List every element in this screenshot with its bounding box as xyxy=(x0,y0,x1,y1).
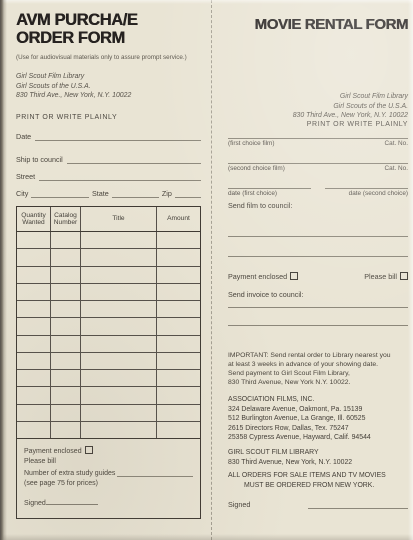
table-row xyxy=(17,284,200,301)
important-line: IMPORTANT: Send rental order to Library … xyxy=(228,351,410,360)
table-row xyxy=(17,318,200,335)
header-catalog-number: Catalog Number xyxy=(51,207,81,231)
header-amount: Amount xyxy=(157,207,200,231)
send-film-line-1[interactable] xyxy=(228,236,408,237)
table-cell[interactable] xyxy=(17,284,51,300)
table-row xyxy=(17,405,200,422)
city-input-line[interactable] xyxy=(31,189,89,198)
table-cell[interactable] xyxy=(17,249,51,265)
address-line: 830 Third Ave., New York, N.Y. 10022 xyxy=(16,91,131,101)
table-cell[interactable] xyxy=(157,370,200,386)
left-payment-section: Payment enclosed Please bill Number of e… xyxy=(17,438,200,518)
right-signed-input-line[interactable] xyxy=(308,501,408,509)
first-choice-input-line[interactable] xyxy=(228,130,408,139)
state-label: State xyxy=(92,189,109,198)
all-orders-line: ALL ORDERS FOR SALE ITEMS AND TV MOVIES xyxy=(228,471,410,481)
send-film-line-2[interactable] xyxy=(228,256,408,257)
header-quantity-wanted: Quantity Wanted xyxy=(17,207,51,231)
right-address-block: Girl Scout Film Library Girl Scouts of t… xyxy=(228,92,408,121)
left-form-subtitle: (Use for audiovisual materials only to a… xyxy=(16,54,208,61)
all-orders-line: MUST BE ORDERED FROM NEW YORK. xyxy=(228,481,410,491)
city-label: City xyxy=(16,189,28,198)
important-line: at least 3 weeks in advance of your show… xyxy=(228,360,410,369)
table-cell[interactable] xyxy=(81,353,157,369)
address-line: Girl Scout Film Library xyxy=(16,72,131,82)
ship-to-council-label: Ship to council xyxy=(16,155,63,164)
right-signed-row: Signed xyxy=(228,500,408,509)
left-print-plainly: PRINT OR WRITE PLAINLY xyxy=(16,114,117,121)
table-cell[interactable] xyxy=(51,405,81,421)
table-cell[interactable] xyxy=(17,422,51,438)
important-line: Send payment to Girl Scout Film Library, xyxy=(228,369,410,378)
table-cell[interactable] xyxy=(51,249,81,265)
payment-enclosed-label: Payment enclosed xyxy=(24,448,82,455)
date-second-input-line[interactable] xyxy=(325,180,408,189)
table-cell[interactable] xyxy=(157,422,200,438)
gs-library-line: GIRL SCOUT FILM LIBRARY xyxy=(228,448,410,458)
send-film-label: Send film to council: xyxy=(228,201,292,210)
table-row xyxy=(17,267,200,284)
table-cell[interactable] xyxy=(157,232,200,248)
send-invoice-line-1[interactable] xyxy=(228,307,408,308)
association-line: 512 Burlington Avenue, La Grange, Ill. 6… xyxy=(228,414,410,424)
right-please-bill-checkbox[interactable] xyxy=(400,272,408,280)
table-cell[interactable] xyxy=(51,387,81,403)
association-line: 324 Delaware Avenue, Oakmont, Pa. 15139 xyxy=(228,405,410,415)
table-cell[interactable] xyxy=(51,370,81,386)
date-first-input-line[interactable] xyxy=(228,180,311,189)
zip-input-line[interactable] xyxy=(175,189,201,198)
table-cell[interactable] xyxy=(51,301,81,317)
send-invoice-line-2[interactable] xyxy=(228,325,408,326)
table-cell[interactable] xyxy=(17,370,51,386)
send-invoice-label: Send invoice to council: xyxy=(228,290,304,299)
table-row xyxy=(17,249,200,266)
right-payment-enclosed: Payment enclosed xyxy=(228,272,298,281)
address-line: Girl Scout Film Library xyxy=(228,92,408,102)
table-cell[interactable] xyxy=(17,387,51,403)
association-line: 25358 Cypress Avenue, Hayward, Calif. 94… xyxy=(228,433,410,443)
association-line: ASSOCIATION FILMS, INC. xyxy=(228,395,410,405)
date-input-line[interactable] xyxy=(35,132,201,141)
street-input-line[interactable] xyxy=(39,172,201,181)
first-choice-caption: (first choice film) xyxy=(228,140,275,147)
table-row xyxy=(17,232,200,249)
order-table-header: Quantity Wanted Catalog Number Title Amo… xyxy=(17,207,200,232)
table-cell[interactable] xyxy=(51,232,81,248)
table-cell[interactable] xyxy=(157,267,200,283)
city-state-zip-row: City State Zip xyxy=(16,189,201,198)
table-cell[interactable] xyxy=(81,405,157,421)
zip-label: Zip xyxy=(162,189,172,198)
table-cell[interactable] xyxy=(81,267,157,283)
extra-guides-row: Number of extra study guides xyxy=(24,468,193,477)
table-row xyxy=(17,370,200,387)
table-cell[interactable] xyxy=(17,267,51,283)
left-signed-label: Signed xyxy=(24,500,46,507)
table-cell[interactable] xyxy=(157,387,200,403)
table-cell[interactable] xyxy=(157,249,200,265)
payment-enclosed-checkbox[interactable] xyxy=(85,446,93,454)
all-orders-note: ALL ORDERS FOR SALE ITEMS AND TV MOVIES … xyxy=(228,471,410,490)
extra-guides-label: Number of extra study guides xyxy=(24,470,115,477)
important-note: IMPORTANT: Send rental order to Library … xyxy=(228,351,410,387)
table-row xyxy=(17,353,200,370)
right-print-plainly: PRINT OR WRITE PLAINLY xyxy=(228,121,408,128)
table-row xyxy=(17,387,200,404)
dates-field: date (first choice) date (second choice) xyxy=(228,180,408,197)
left-signed-row: Signed xyxy=(24,497,98,507)
table-cell[interactable] xyxy=(157,318,200,334)
payment-enclosed-row: Payment enclosed xyxy=(24,446,193,455)
date-first-caption: date (first choice) xyxy=(228,190,277,197)
ship-to-council-input-line[interactable] xyxy=(67,155,201,164)
right-form-title: MOVIE RENTAL FORM xyxy=(228,16,408,34)
table-cell[interactable] xyxy=(51,336,81,352)
right-payment-row: Payment enclosed Please bill xyxy=(228,272,408,281)
address-line: Girl Scouts of the U.S.A. xyxy=(228,102,408,112)
first-choice-field: (first choice film) Cat. No. xyxy=(228,130,408,147)
date-second-caption: date (second choice) xyxy=(349,190,408,197)
table-cell[interactable] xyxy=(81,387,157,403)
table-cell[interactable] xyxy=(157,353,200,369)
table-cell[interactable] xyxy=(17,318,51,334)
table-row xyxy=(17,336,200,353)
table-cell[interactable] xyxy=(51,318,81,334)
table-cell[interactable] xyxy=(17,353,51,369)
table-cell[interactable] xyxy=(157,301,200,317)
table-cell[interactable] xyxy=(51,284,81,300)
gs-library-line: 830 Third Avenue, New York, N.Y. 10022 xyxy=(228,458,410,468)
table-cell[interactable] xyxy=(17,405,51,421)
table-cell[interactable] xyxy=(81,370,157,386)
date-label: Date xyxy=(16,132,31,141)
second-choice-input-line[interactable] xyxy=(228,155,408,164)
left-form-title: AVM PURCHA/E ORDER FORM xyxy=(16,12,137,47)
perforation-divider xyxy=(211,0,212,540)
right-please-bill: Please bill xyxy=(364,272,408,281)
order-table-body xyxy=(17,232,200,439)
order-table-box: Quantity Wanted Catalog Number Title Amo… xyxy=(16,206,201,519)
gs-library-block: GIRL SCOUT FILM LIBRARY 830 Third Avenue… xyxy=(228,448,410,467)
address-line: Girl Scouts of the U.S.A. xyxy=(16,82,131,92)
table-cell[interactable] xyxy=(81,336,157,352)
table-cell[interactable] xyxy=(81,301,157,317)
second-choice-caption: (second choice film) xyxy=(228,165,285,172)
right-signed-label: Signed xyxy=(228,500,250,509)
street-label: Street xyxy=(16,172,35,181)
table-cell[interactable] xyxy=(17,232,51,248)
table-cell[interactable] xyxy=(17,336,51,352)
table-cell[interactable] xyxy=(157,336,200,352)
second-choice-field: (second choice film) Cat. No. xyxy=(228,155,408,172)
table-cell[interactable] xyxy=(51,353,81,369)
table-cell[interactable] xyxy=(157,284,200,300)
table-cell[interactable] xyxy=(81,249,157,265)
address-line: 830 Third Ave., New York, N.Y. 10022 xyxy=(228,111,408,121)
left-signed-input-line[interactable] xyxy=(46,497,98,505)
first-cat-no-caption: Cat. No. xyxy=(385,140,408,147)
table-cell[interactable] xyxy=(51,267,81,283)
table-cell[interactable] xyxy=(157,405,200,421)
please-bill-label: Please bill xyxy=(24,458,193,465)
right-payment-enclosed-checkbox[interactable] xyxy=(290,272,298,280)
extra-guides-input-line[interactable] xyxy=(117,468,193,477)
date-field-row: Date xyxy=(16,132,201,141)
important-line: 830 Third Avenue, New York N.Y. 10022. xyxy=(228,378,410,387)
ship-field-row: Ship to council xyxy=(16,155,201,164)
table-cell[interactable] xyxy=(81,422,157,438)
left-address-block: Girl Scout Film Library Girl Scouts of t… xyxy=(16,72,131,101)
table-row xyxy=(17,422,200,439)
table-cell[interactable] xyxy=(51,422,81,438)
second-cat-no-caption: Cat. No. xyxy=(385,165,408,172)
left-form-title-line2: ORDER FORM xyxy=(16,30,137,48)
table-row xyxy=(17,301,200,318)
association-line: 2615 Directors Row, Dallas, Tex. 75247 xyxy=(228,424,410,434)
table-cell[interactable] xyxy=(17,301,51,317)
table-cell[interactable] xyxy=(81,284,157,300)
association-films-block: ASSOCIATION FILMS, INC. 324 Delaware Ave… xyxy=(228,395,410,443)
left-form-title-line1: AVM PURCHA/E xyxy=(16,12,137,30)
street-field-row: Street xyxy=(16,172,201,181)
scanned-order-form-page: AVM PURCHA/E ORDER FORM (Use for audiovi… xyxy=(0,0,413,540)
see-page-note: (see page 75 for prices) xyxy=(24,480,193,487)
header-title: Title xyxy=(81,207,157,231)
table-cell[interactable] xyxy=(81,232,157,248)
table-cell[interactable] xyxy=(81,318,157,334)
state-input-line[interactable] xyxy=(112,189,159,198)
